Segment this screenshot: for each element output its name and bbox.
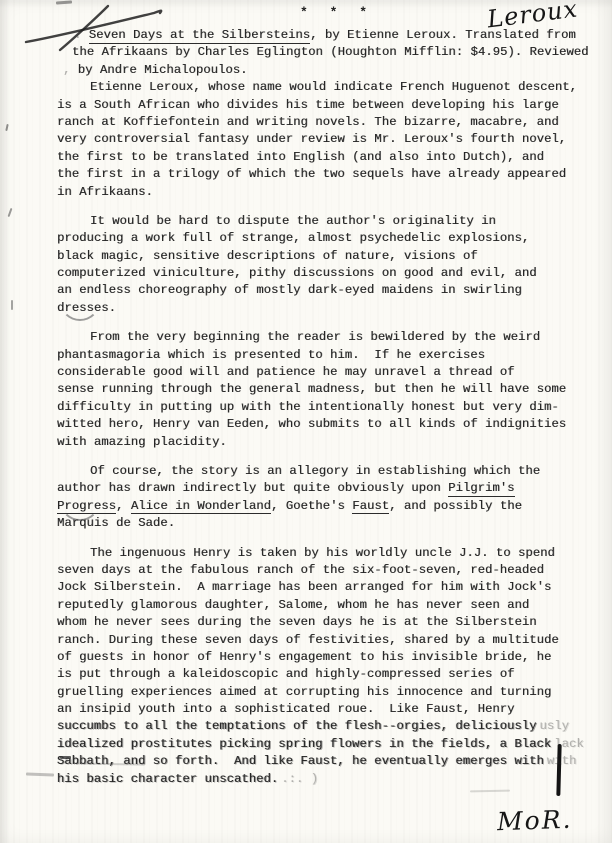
text-segment: difficulty in putting up with the intent…: [57, 400, 559, 414]
underlined-text: Seven Days at the Silbersteins: [89, 28, 310, 44]
text-line: the first to be translated into English …: [57, 149, 577, 166]
text-segment: Of course, the story is an allegory in e…: [90, 464, 540, 478]
text-segment: very controversial fantasy under review …: [57, 132, 566, 146]
paragraph: The ingenuous Henry is taken by his worl…: [57, 545, 577, 788]
text-line: an endless choreography of mostly dark-e…: [57, 282, 577, 299]
scan-mark: [5, 124, 8, 131]
text-segment: phantasmagoria which is presented to him…: [57, 348, 485, 362]
text-line: witted hero, Henry van Eeden, who submit…: [57, 416, 577, 433]
ghost-double-strike-text: .: [74, 28, 89, 42]
text-segment: producing a work full of strange, almost…: [57, 231, 529, 245]
page: * * * Leroux MoR. . Seven Days at the Si…: [0, 0, 612, 843]
text-segment: whom he never sees during the seven days…: [57, 615, 537, 629]
text-segment: black magic, sensitive descriptions of n…: [57, 249, 478, 263]
paragraph: It would be hard to dispute the author's…: [57, 213, 577, 317]
paragraph: . Seven Days at the Silbersteins, by Eti…: [57, 27, 577, 79]
text-line: producing a work full of strange, almost…: [57, 230, 577, 247]
text-line: reputedly glamorous daughter, Salome, wh…: [57, 597, 577, 614]
text-line: whom he never sees during the seven days…: [57, 614, 577, 631]
text-line: ranch. During these seven days of festiv…: [57, 632, 577, 649]
text-line: seven days at the fabulous ranch of the …: [57, 562, 577, 579]
text-line: succumbs to all the temptations of the f…: [57, 718, 577, 735]
text-line: Etienne Leroux, whose name would indicat…: [57, 79, 577, 96]
underlined-text: Alice in Wonderland: [131, 499, 271, 515]
text-segment: the first to be translated into English …: [57, 150, 544, 164]
underlined-text: Faust: [352, 499, 389, 515]
paragraph: Of course, the story is an allegory in e…: [57, 463, 577, 533]
text-segment: author has drawn indirectly but quite ob…: [57, 481, 448, 495]
text-segment: , and possibly the: [389, 499, 522, 513]
ghost-double-strike-text: usly: [540, 719, 570, 733]
text-line: gruelling experiences aimed at corruptin…: [57, 684, 577, 701]
text-line: computerized viniculture, pithy discussi…: [57, 265, 577, 282]
paragraph: Etienne Leroux, whose name would indicat…: [57, 79, 577, 201]
text-segment: an endless choreography of mostly dark-e…: [57, 283, 522, 297]
text-segment: his basic character unscathed.: [57, 772, 278, 786]
text-line: in Afrikaans.: [57, 184, 577, 201]
text-segment: , by Etienne Leroux. Translated from: [310, 28, 576, 42]
text-segment: in Afrikaans.: [57, 185, 153, 199]
text-line: with amazing placidity.: [57, 434, 577, 451]
text-line: author has drawn indirectly but quite ob…: [57, 480, 577, 497]
text-segment: sense running through the general madnes…: [57, 382, 566, 396]
ghost-double-strike-text: with: [547, 754, 577, 768]
text-segment: gruelling experiences aimed at corruptin…: [57, 685, 551, 699]
text-line: is put through a kaleidoscopic and highl…: [57, 666, 577, 683]
text-line: his basic character unscathed..:. ): [57, 771, 577, 788]
text-line: It would be hard to dispute the author's…: [57, 213, 577, 230]
text-line: very controversial fantasy under review …: [57, 131, 577, 148]
text-line: considerable good will and patience he m…: [57, 364, 577, 381]
text-segment: seven days at the fabulous ranch of the …: [57, 563, 544, 577]
scan-mark: [11, 300, 13, 310]
text-line: sense running through the general madnes…: [57, 381, 577, 398]
text-segment: witted hero, Henry van Eeden, who submit…: [57, 417, 566, 431]
text-segment: idealized prostitutes picking spring flo…: [57, 737, 551, 751]
text-line: Marquis de Sade.: [57, 515, 577, 532]
text-line: Sabbath, and so forth. And like Faust, h…: [57, 753, 577, 770]
text-segment: is a South African who divides his time …: [57, 98, 559, 112]
ghost-double-strike-text: .:. ): [281, 772, 318, 786]
scan-mark: [8, 208, 13, 217]
text-segment: Sabbath, and so forth. And like Faust, h…: [57, 754, 544, 768]
text-segment: Etienne Leroux, whose name would indicat…: [90, 80, 577, 94]
text-line: difficulty in putting up with the intent…: [57, 399, 577, 416]
text-segment: with amazing placidity.: [57, 435, 227, 449]
ghost-double-strike-text: ,: [63, 63, 78, 77]
text-segment: reputedly glamorous daughter, Salome, wh…: [57, 598, 529, 612]
text-segment: ,: [116, 499, 131, 513]
text-line: phantasmagoria which is presented to him…: [57, 347, 577, 364]
ghost-double-strike-text: lack: [554, 737, 584, 751]
text-line: Of course, the story is an allegory in e…: [57, 463, 577, 480]
text-segment: dresses.: [57, 301, 116, 315]
text-segment: Jock Silberstein. A marriage has been ar…: [57, 580, 551, 594]
underlined-text: Pilgrim's: [448, 481, 514, 497]
text-column: . Seven Days at the Silbersteins, by Eti…: [57, 27, 577, 800]
text-line: dresses.: [57, 300, 577, 317]
text-line: an insipid youth into a sophisticated ro…: [57, 701, 577, 718]
text-line: black magic, sensitive descriptions of n…: [57, 248, 577, 265]
asterisk-ornament: * * *: [300, 5, 374, 20]
text-line: , by Andre Michalopoulos.: [57, 62, 577, 79]
text-line: Jock Silberstein. A marriage has been ar…: [57, 579, 577, 596]
scan-mark: [60, 756, 71, 759]
text-line: the first in a trilogy of which the two …: [57, 166, 577, 183]
text-segment: It would be hard to dispute the author's…: [90, 214, 496, 228]
paragraph: From the very beginning the reader is be…: [57, 329, 577, 451]
text-line: the Afrikaans by Charles Eglington (Houg…: [57, 44, 577, 61]
text-segment: is put through a kaleidoscopic and highl…: [57, 667, 515, 681]
text-line: ranch at Koffiefontein and writing novel…: [57, 114, 577, 131]
underlined-text: Progress: [57, 499, 116, 515]
text-line: of guests in honor of Henry's engagement…: [57, 649, 577, 666]
text-line: Progress, Alice in Wonderland, Goethe's …: [57, 498, 577, 515]
text-segment: Marquis de Sade.: [57, 516, 175, 530]
text-segment: ranch at Koffiefontein and writing novel…: [57, 115, 559, 129]
text-line: . Seven Days at the Silbersteins, by Eti…: [57, 27, 577, 44]
text-segment: ranch. During these seven days of festiv…: [57, 633, 559, 647]
text-segment: The ingenuous Henry is taken by his worl…: [90, 546, 555, 560]
text-line: The ingenuous Henry is taken by his worl…: [57, 545, 577, 562]
text-segment: an insipid youth into a sophisticated ro…: [57, 702, 515, 716]
text-segment: of guests in honor of Henry's engagement…: [57, 650, 551, 664]
text-line: is a South African who divides his time …: [57, 97, 577, 114]
text-line: From the very beginning the reader is be…: [57, 329, 577, 346]
text-segment: by Andre Michalopoulos.: [78, 63, 248, 77]
text-segment: considerable good will and patience he m…: [57, 365, 515, 379]
text-segment: From the very beginning the reader is be…: [90, 330, 540, 344]
text-segment: the first in a trilogy of which the two …: [57, 167, 566, 181]
handwritten-mor-annotation: MoR.: [496, 805, 572, 837]
text-line: idealized prostitutes picking spring flo…: [57, 736, 577, 753]
scan-mark: [26, 773, 54, 777]
text-segment: the Afrikaans by Charles Eglington (Houg…: [72, 45, 589, 59]
text-segment: , Goethe's: [271, 499, 352, 513]
text-segment: computerized viniculture, pithy discussi…: [57, 266, 537, 280]
text-segment: succumbs to all the temptations of the f…: [57, 719, 537, 733]
